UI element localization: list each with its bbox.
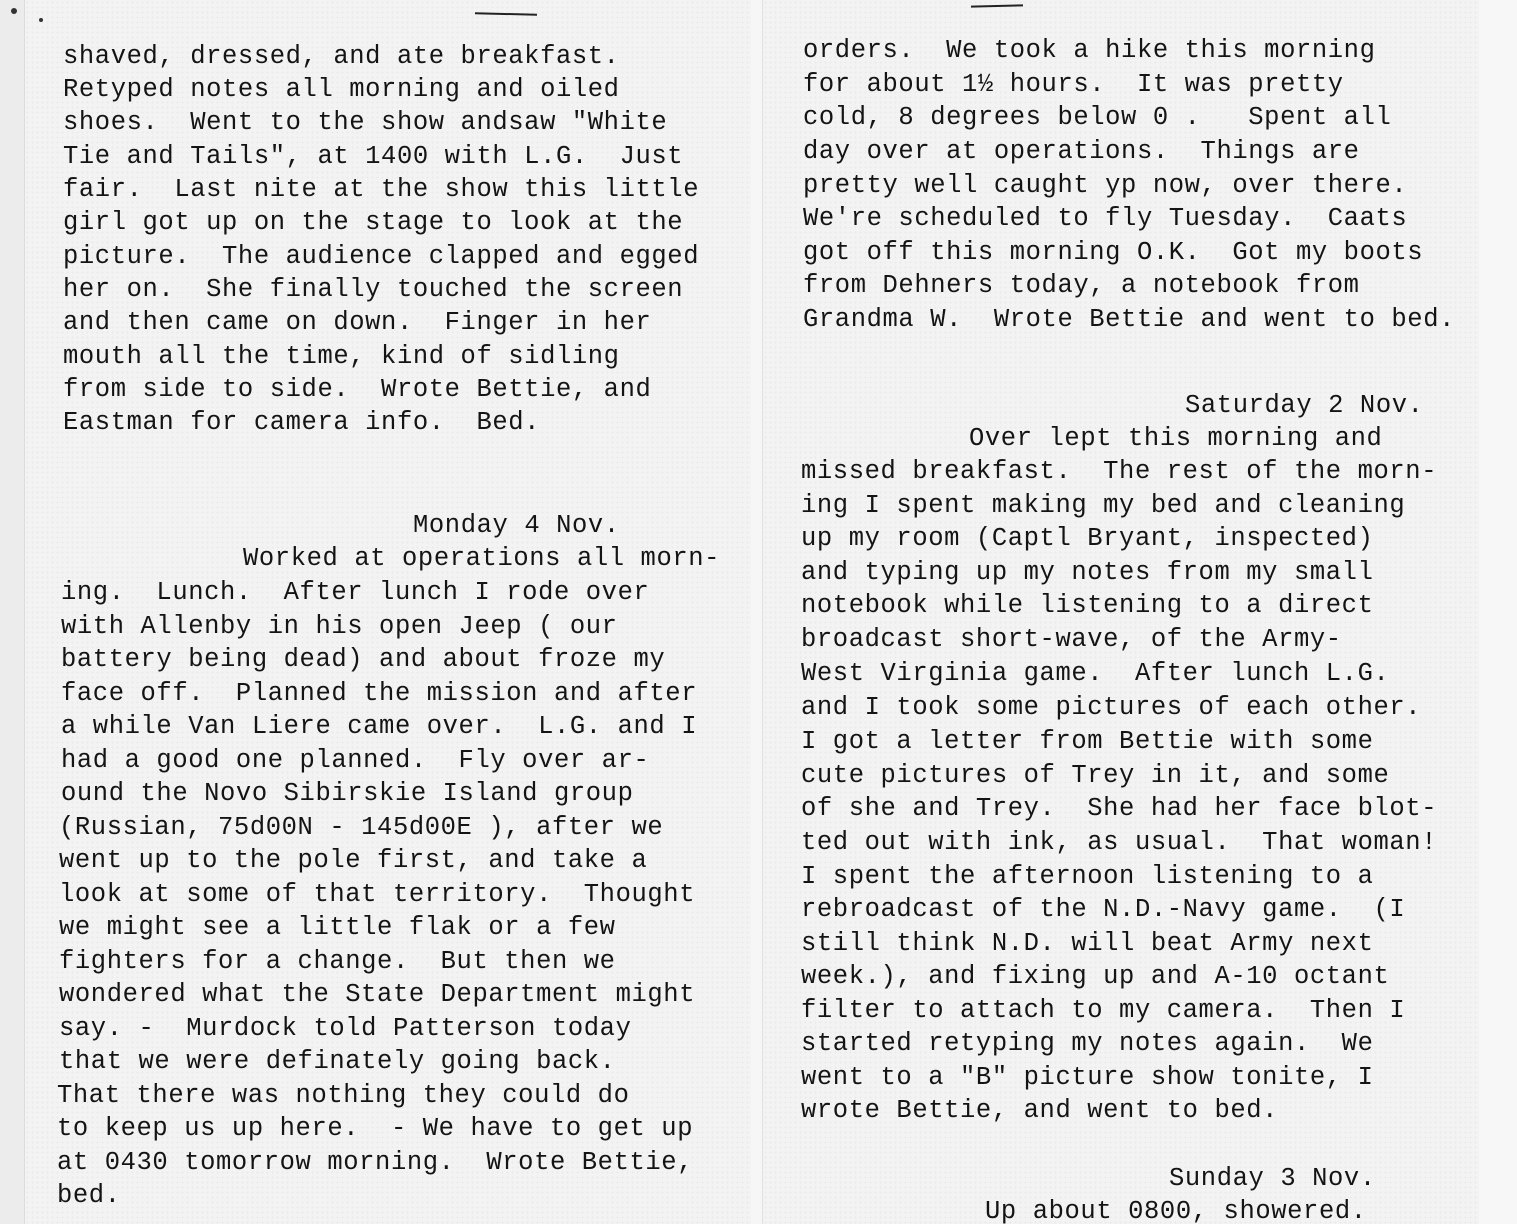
text-line: ing I spent making my bed and cleaning bbox=[801, 491, 1405, 521]
text-line: still think N.D. will beat Army next bbox=[801, 929, 1374, 959]
text-line: and I took some pictures of each other. bbox=[801, 693, 1421, 723]
text-line: of she and Trey. She had her face blot- bbox=[801, 794, 1437, 824]
text-line: went to a "B" picture show tonite, I bbox=[801, 1063, 1374, 1093]
ink-smudge bbox=[39, 18, 43, 22]
entry-date-heading: Sunday 3 Nov. bbox=[1169, 1164, 1376, 1194]
text-line: we might see a little flak or a few bbox=[59, 913, 616, 943]
text-line: Grandma W. Wrote Bettie and went to bed. bbox=[803, 305, 1455, 335]
text-line: went up to the pole first, and take a bbox=[59, 846, 647, 876]
text-line: We're scheduled to fly Tuesday. Caats bbox=[803, 204, 1407, 234]
text-line: picture. The audience clapped and egged bbox=[63, 242, 699, 272]
text-line: wondered what the State Department might bbox=[59, 980, 695, 1010]
text-line: West Virginia game. After lunch L.G. bbox=[801, 659, 1389, 689]
text-line: cold, 8 degrees below 0 . Spent all bbox=[803, 103, 1391, 133]
text-line: girl got up on the stage to look at the bbox=[63, 208, 683, 238]
text-line: Up about 0800, showered. bbox=[985, 1197, 1367, 1224]
text-line: up my room (Captl Bryant, inspected) bbox=[801, 524, 1374, 554]
text-line: Worked at operations all morn- bbox=[243, 544, 720, 574]
text-line: That there was nothing they could do bbox=[57, 1081, 630, 1111]
text-line: fair. Last nite at the show this little bbox=[63, 175, 699, 205]
text-line: day over at operations. Things are bbox=[803, 137, 1360, 167]
text-line: rebroadcast of the N.D.-Navy game. (I bbox=[801, 895, 1405, 925]
text-line: fighters for a change. But then we bbox=[59, 947, 616, 977]
text-line: battery being dead) and about froze my bbox=[61, 645, 665, 675]
text-line: ted out with ink, as usual. That woman! bbox=[801, 828, 1437, 858]
text-line: week.), and fixing up and A-10 octant bbox=[801, 962, 1389, 992]
ink-smudge bbox=[11, 8, 17, 14]
text-line: cute pictures of Trey in it, and some bbox=[801, 761, 1389, 791]
text-line: broadcast short-wave, of the Army- bbox=[801, 625, 1342, 655]
text-line: mouth all the time, kind of sidling bbox=[63, 342, 620, 372]
text-line: Tie and Tails", at 1400 with L.G. Just bbox=[63, 142, 683, 172]
text-line: pretty well caught yp now, over there. bbox=[803, 171, 1407, 201]
text-line: Retyped notes all morning and oiled bbox=[63, 75, 620, 105]
text-line: from Dehners today, a notebook from bbox=[803, 271, 1360, 301]
scan-margin bbox=[1478, 0, 1517, 1224]
text-line: for about 1½ hours. It was pretty bbox=[803, 70, 1344, 100]
text-line: and then came on down. Finger in her bbox=[63, 308, 651, 338]
text-line: look at some of that territory. Thought bbox=[59, 880, 695, 910]
text-line: missed breakfast. The rest of the morn- bbox=[801, 457, 1437, 487]
text-line: from side to side. Wrote Bettie, and bbox=[63, 375, 651, 405]
text-line: say. - Murdock told Patterson today bbox=[59, 1014, 632, 1044]
text-line: her on. She finally touched the screen bbox=[63, 275, 683, 305]
left-page: shaved, dressed, and ate breakfast. Rety… bbox=[24, 0, 751, 1224]
text-line: bed. bbox=[57, 1181, 121, 1211]
text-line: with Allenby in his open Jeep ( our bbox=[61, 612, 618, 642]
text-line: got off this morning O.K. Got my boots bbox=[803, 238, 1423, 268]
text-line: (Russian, 75d00N - 145d00E ), after we bbox=[59, 813, 663, 843]
text-line: filter to attach to my camera. Then I bbox=[801, 996, 1405, 1026]
text-line: ing. Lunch. After lunch I rode over bbox=[61, 578, 649, 608]
text-line: orders. We took a hike this morning bbox=[803, 36, 1376, 66]
text-line: shaved, dressed, and ate breakfast. bbox=[63, 42, 620, 72]
entry-date-heading: Monday 4 Nov. bbox=[413, 511, 620, 541]
text-line: face off. Planned the mission and after bbox=[61, 679, 697, 709]
text-line: ound the Novo Sibirskie Island group bbox=[61, 779, 634, 809]
text-line: had a good one planned. Fly over ar- bbox=[61, 746, 649, 776]
ink-mark bbox=[475, 12, 537, 16]
page-gutter bbox=[750, 0, 762, 1224]
text-line: at 0430 tomorrow morning. Wrote Bettie, bbox=[57, 1148, 693, 1178]
text-line: I spent the afternoon listening to a bbox=[801, 862, 1374, 892]
ink-mark bbox=[971, 4, 1023, 7]
text-line: notebook while listening to a direct bbox=[801, 591, 1374, 621]
text-line: shoes. Went to the show andsaw "White bbox=[63, 108, 667, 138]
text-line: wrote Bettie, and went to bed. bbox=[801, 1096, 1278, 1126]
text-line: and typing up my notes from my small bbox=[801, 558, 1374, 588]
right-page: orders. We took a hike this morning for … bbox=[762, 0, 1479, 1224]
text-line: started retyping my notes again. We bbox=[801, 1029, 1374, 1059]
text-line: to keep us up here. - We have to get up bbox=[57, 1114, 693, 1144]
text-line: Over lept this morning and bbox=[969, 424, 1382, 454]
entry-date-heading: Saturday 2 Nov. bbox=[1185, 391, 1424, 421]
text-line: Eastman for camera info. Bed. bbox=[63, 408, 540, 438]
text-line: that we were definately going back. bbox=[59, 1047, 616, 1077]
text-line: a while Van Liere came over. L.G. and I bbox=[61, 712, 697, 742]
text-line: I got a letter from Bettie with some bbox=[801, 727, 1374, 757]
